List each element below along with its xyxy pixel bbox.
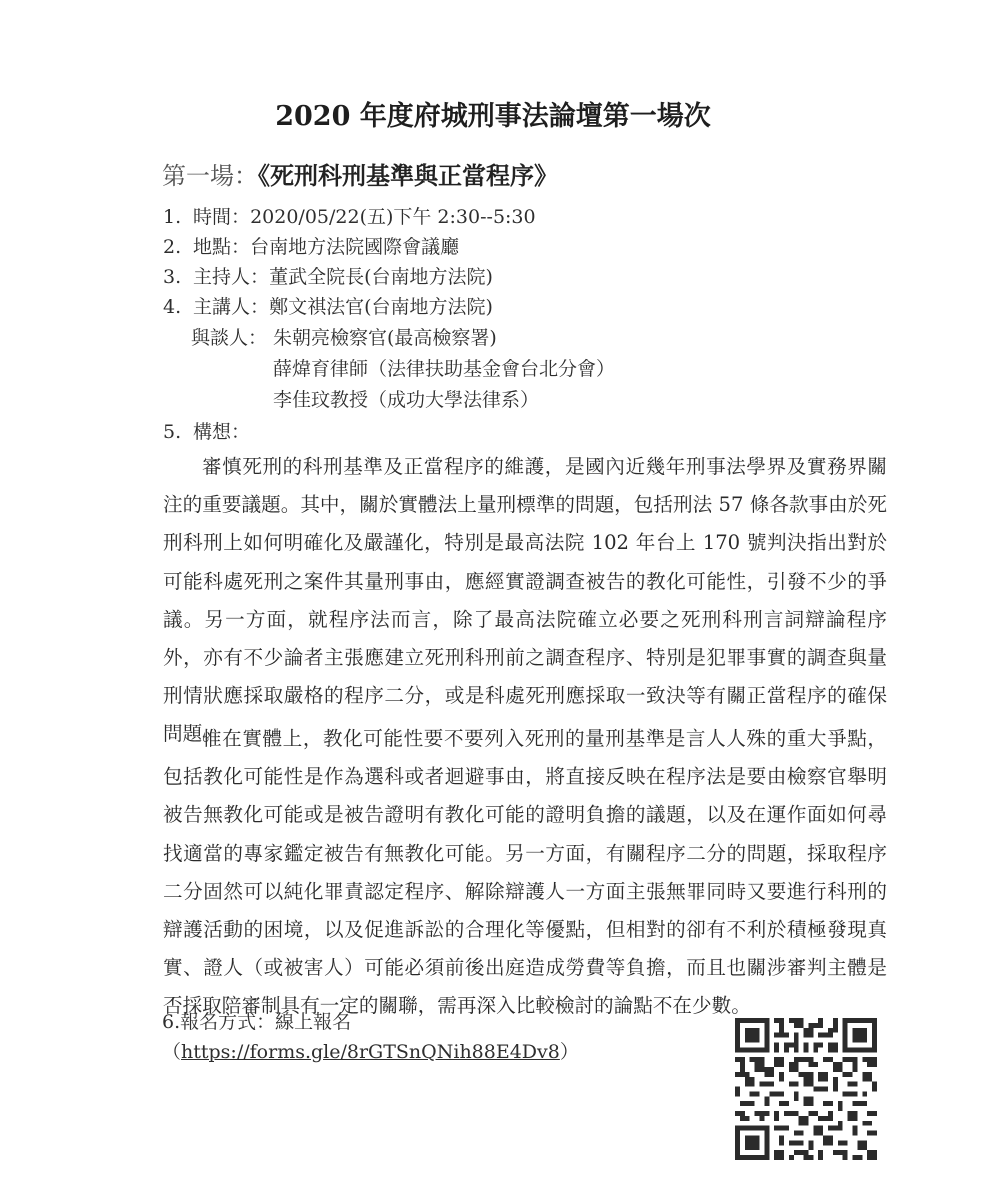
item-speaker: 4. 主講人：鄭文祺法官(台南地方法院) [163, 295, 493, 319]
open-paren: （ [162, 1041, 181, 1063]
session-topic: 《死刑科刑基準與正當程序》 [258, 161, 558, 190]
registration-link[interactable]: https://forms.gle/8rGTSnQNih88E4Dv8 [181, 1041, 560, 1063]
session-label: 第一場： [162, 162, 258, 190]
item-number: 2. [163, 235, 187, 259]
item-number: 4. [163, 295, 187, 319]
item-label: 構想： [193, 421, 250, 443]
item-value: 2020/05/22(五)下午 2:30--5:30 [250, 206, 536, 228]
item-time: 1. 時間：2020/05/22(五)下午 2:30--5:30 [163, 205, 536, 229]
item-location: 2. 地點：台南地方法院國際會議廳 [163, 235, 459, 259]
registration-link-line: （https://forms.gle/8rGTSnQNih88E4Dv8） [162, 1040, 579, 1064]
item-number: 1. [163, 205, 187, 229]
item-label: 主持人： [193, 266, 269, 288]
qr-code-icon [735, 1018, 877, 1160]
item-value: 鄭文祺法官(台南地方法院) [269, 296, 493, 318]
session-heading: 第一場：《死刑科刑基準與正當程序》 [162, 156, 558, 191]
item-number: 3. [163, 265, 187, 289]
item-label: 地點： [193, 236, 250, 258]
item-value: 台南地方法院國際會議廳 [250, 236, 459, 258]
panelist: 李佳玟教授（成功大學法律系） [273, 388, 539, 412]
item-value: 董武全院長(台南地方法院) [269, 266, 493, 288]
close-paren: ） [560, 1041, 579, 1063]
panelist: 朱朝亮檢察官(最高檢察署) [273, 326, 497, 350]
concept-heading: 5. 構想： [163, 420, 250, 444]
item-label: 時間： [193, 206, 250, 228]
page-title: 2020 年度府城刑事法論壇第一場次 [0, 94, 986, 133]
concept-paragraph-1: 審慎死刑的科刑基準及正當程序的維護，是國內近幾年刑事法學界及實務界關注的重要議題… [163, 448, 887, 754]
item-host: 3. 主持人：董武全院長(台南地方法院) [163, 265, 493, 289]
item-number: 5. [163, 420, 187, 444]
concept-paragraph-2: 惟在實體上，教化可能性要不要列入死刑的量刑基準是言人人殊的重大爭點，包括教化可能… [163, 720, 887, 1026]
panelists-label: 與談人： [191, 326, 267, 350]
panelist: 薛煒育律師（法律扶助基金會台北分會） [273, 357, 615, 381]
registration-label: 6.報名方式：線上報名 [162, 1010, 351, 1034]
item-label: 主講人： [193, 296, 269, 318]
